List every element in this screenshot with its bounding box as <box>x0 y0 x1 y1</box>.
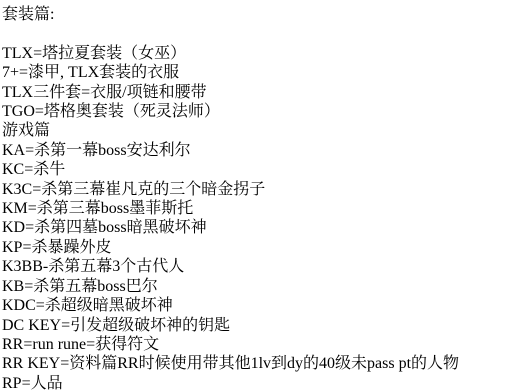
glossary-entry: KP=杀暴躁外皮 <box>2 238 508 257</box>
glossary-entry: RR KEY=资料篇RR时候使用带其他1lv到dy的40级未pass pt的人物 <box>2 354 508 373</box>
glossary-entry: KC=杀牛 <box>2 160 508 179</box>
glossary-entry: RR=run rune=获得符文 <box>2 335 508 354</box>
glossary-entry: K3BB-杀第五幕3个古代人 <box>2 257 508 276</box>
glossary-entry: KA=杀第一幕boss安达利尔 <box>2 141 508 160</box>
glossary-entry: TLX=塔拉夏套装（女巫） <box>2 44 508 63</box>
glossary-entry: TGO=塔格奥套装（死灵法师） <box>2 102 508 121</box>
blank-line <box>2 24 508 43</box>
glossary-entry: K3C=杀第三幕崔凡克的三个暗金拐子 <box>2 180 508 199</box>
glossary-entry: 7+=漆甲, TLX套装的衣服 <box>2 63 508 82</box>
glossary-entry: KM=杀第三幕boss墨菲斯托 <box>2 199 508 218</box>
glossary-entry: RP=人品 <box>2 374 508 392</box>
glossary-entry: DC KEY=引发超级破坏神的钥匙 <box>2 316 508 335</box>
glossary-entry: KDC=杀超级暗黑破坏神 <box>2 296 508 315</box>
section-heading: 游戏篇 <box>2 121 508 140</box>
glossary-entry: TLX三件套=衣服/项链和腰带 <box>2 83 508 102</box>
glossary-document: 套装篇: TLX=塔拉夏套装（女巫）7+=漆甲, TLX套装的衣服TLX三件套=… <box>0 0 510 392</box>
glossary-entry: KD=杀第四墓boss暗黑破坏神 <box>2 218 508 237</box>
section-heading: 套装篇: <box>2 5 508 24</box>
glossary-entry: KB=杀第五幕boss巴尔 <box>2 277 508 296</box>
